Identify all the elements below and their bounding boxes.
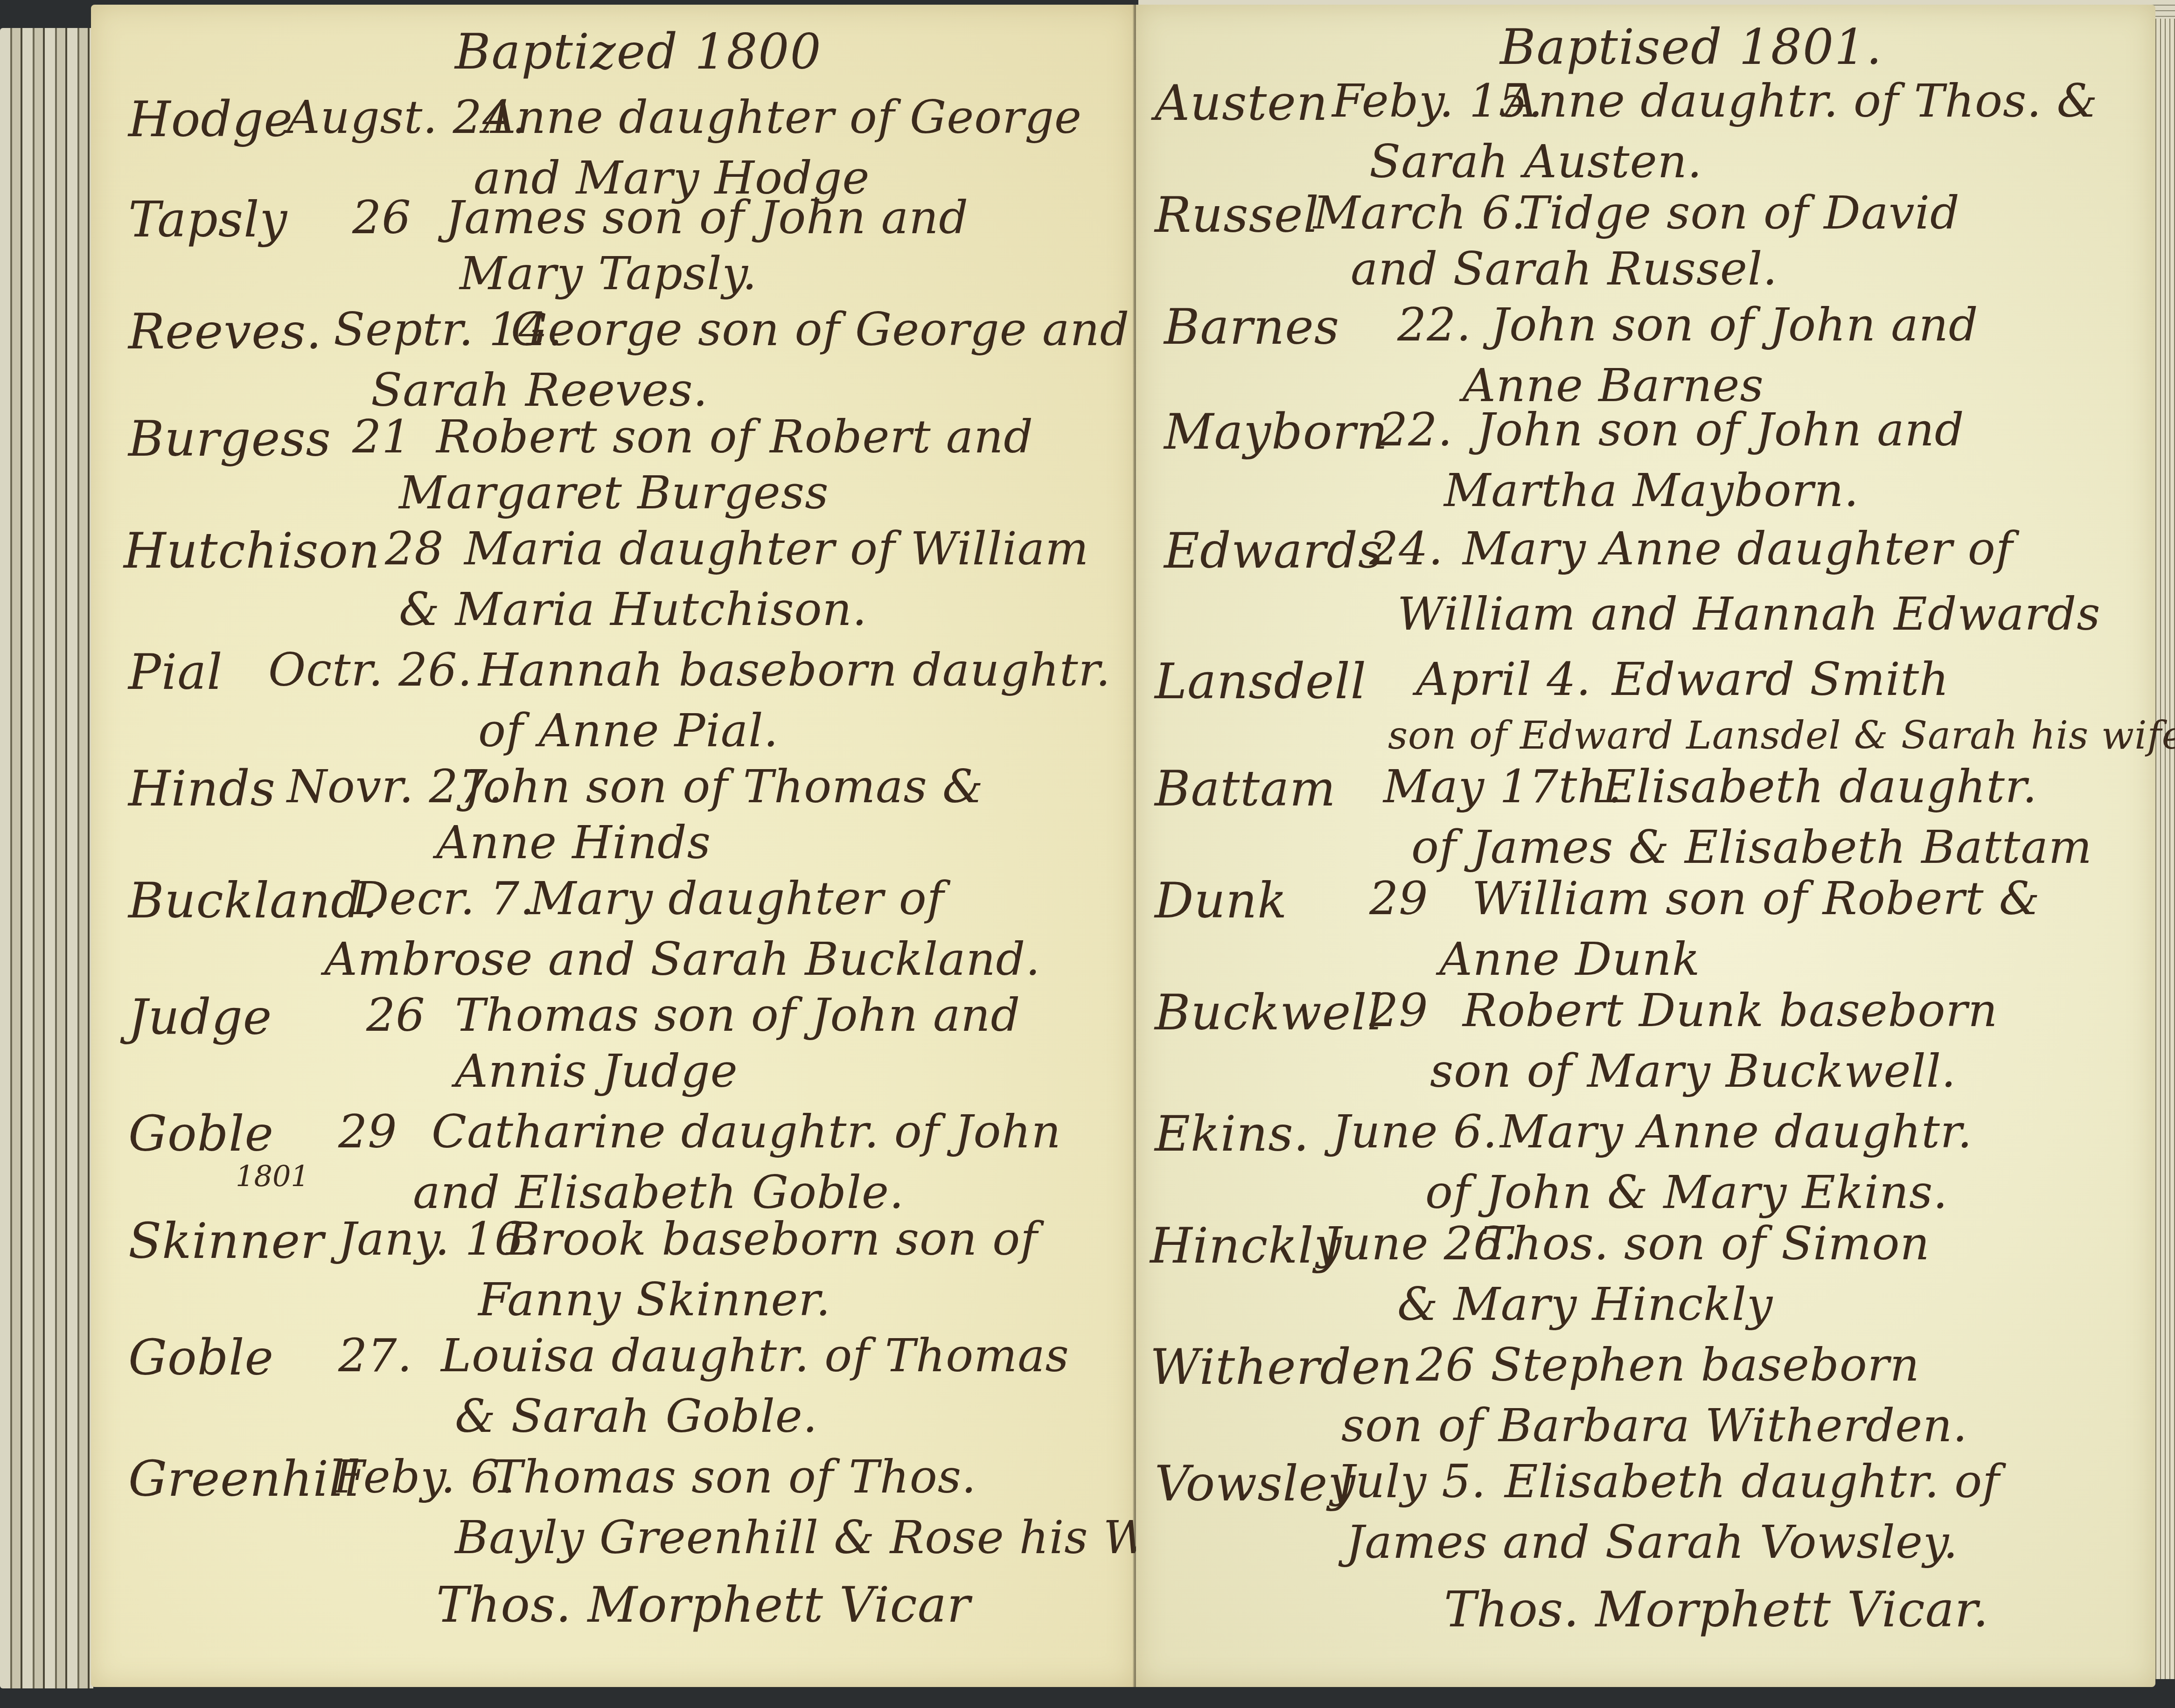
entry-date: 24. xyxy=(1369,522,1443,576)
entry-text: Maria daughter of William xyxy=(464,522,1089,576)
entry-text: & Sarah Goble. xyxy=(455,1390,818,1443)
entry-text: Stephen baseborn xyxy=(1491,1339,1920,1392)
entry-text: Thomas son of Thos. xyxy=(492,1451,976,1504)
entry-surname: Lansdell xyxy=(1155,653,1366,710)
entry-text: Sarah Austen. xyxy=(1369,135,1702,188)
year-margin-note: 1801 xyxy=(236,1159,309,1193)
entry-text: Tidge son of David xyxy=(1519,187,1960,240)
entry-date: 29 xyxy=(1369,872,1429,925)
entry-text: Sarah Reeves. xyxy=(371,364,708,417)
entry-text: Hannah baseborn daughtr. xyxy=(478,644,1111,697)
entry-text: son of Edward Lansdel & Sarah his wife xyxy=(1388,714,2175,758)
entry-surname: Burgess xyxy=(128,410,331,467)
entry-date: 29 xyxy=(1369,984,1429,1037)
entry-text: Elisabeth daughtr. xyxy=(1603,760,2037,813)
entry-surname: Goble xyxy=(128,1105,274,1162)
entry-text: Thomas son of John and xyxy=(455,989,1020,1042)
entry-date: 22. xyxy=(1379,403,1453,457)
left-page-edges xyxy=(0,28,93,1688)
entry-text: and Elisabeth Goble. xyxy=(413,1166,904,1219)
entry-text: Anne daughtr. of Thos. & xyxy=(1505,75,2098,128)
entry-surname: Witherden xyxy=(1150,1339,1412,1396)
entry-text: Fanny Skinner. xyxy=(478,1273,831,1326)
entry-text: James son of John and xyxy=(446,191,969,244)
entry-surname: Edwards xyxy=(1164,522,1383,579)
entry-date: 29 xyxy=(338,1105,397,1159)
entry-surname: Judge xyxy=(128,989,272,1046)
entry-text: Anne Dunk xyxy=(1439,933,1700,986)
entry-text: Margaret Burgess xyxy=(399,466,829,520)
entry-surname: Reeves. xyxy=(128,303,322,360)
entry-text: of Anne Pial. xyxy=(478,704,779,757)
entry-text: William and Hannah Edwards xyxy=(1397,588,2101,641)
entry-date: June 6. xyxy=(1332,1105,1498,1159)
right-page: Baptised 1801. Austen Feby. 15. Anne dau… xyxy=(1136,5,2155,1687)
entry-surname: Tapsly xyxy=(128,191,287,248)
entry-surname: Hutchison xyxy=(124,522,380,579)
entry-surname: Hinds xyxy=(128,760,276,817)
entry-date: March 6. xyxy=(1313,187,1526,240)
entry-text: Thos. son of Simon xyxy=(1481,1217,1930,1271)
entry-surname: Buckland. xyxy=(128,872,378,929)
entry-date: 26 xyxy=(366,989,425,1042)
entry-text: Annis Judge xyxy=(455,1045,738,1098)
entry-surname: Dunk xyxy=(1155,872,1287,929)
entry-surname: Goble xyxy=(128,1329,274,1386)
entry-date: 28 xyxy=(385,522,444,576)
entry-date: 21 xyxy=(352,410,411,464)
vicar-signature: Thos. Morphett Vicar. xyxy=(1444,1581,1989,1638)
vicar-signature: Thos. Morphett Vicar xyxy=(436,1576,971,1633)
entry-surname: Barnes xyxy=(1164,299,1339,355)
entry-text: Louisa daughtr. of Thomas xyxy=(441,1329,1069,1382)
entry-text: Catharine daughtr. of John xyxy=(432,1105,1061,1159)
entry-text: Robert son of Robert and xyxy=(436,410,1033,464)
entry-text: son of Mary Buckwell. xyxy=(1430,1045,1956,1098)
entry-text: and Sarah Russel. xyxy=(1351,243,1778,296)
entry-text: of John & Mary Ekins. xyxy=(1425,1166,1948,1219)
entry-text: Mary Anne daughtr. xyxy=(1500,1105,1973,1159)
entry-surname: Battam xyxy=(1155,760,1336,817)
entry-surname: Russel xyxy=(1155,187,1319,243)
left-page: Baptized 1800 Hodge Augst. 24. Anne daug… xyxy=(91,5,1136,1687)
entry-date: Feby. 6. xyxy=(334,1451,516,1504)
entry-date: May 17th. xyxy=(1383,760,1623,813)
entry-date: April 4. xyxy=(1416,653,1591,706)
entry-text: John son of John and xyxy=(1491,299,1979,352)
entry-text: Martha Mayborn. xyxy=(1444,464,1859,517)
entry-surname: Hodge xyxy=(128,91,293,148)
entry-text: Bayly Greenhill & Rose his Wife. xyxy=(455,1511,1225,1564)
entry-surname: Mayborn xyxy=(1164,403,1388,460)
entry-text: Robert Dunk baseborn xyxy=(1463,984,1998,1037)
entry-text: Mary Anne daughter of xyxy=(1463,522,2013,576)
entry-surname: Pial xyxy=(128,644,223,701)
entry-date: 22. xyxy=(1397,299,1471,352)
entry-text: of James & Elisabeth Battam xyxy=(1411,821,2092,874)
entry-text: & Mary Hinckly xyxy=(1397,1278,1773,1331)
entry-date: Decr. 7. xyxy=(352,872,535,925)
entry-surname: Hinckly xyxy=(1150,1217,1342,1274)
entry-text: Mary daughter of xyxy=(530,872,944,925)
entry-surname: Skinner xyxy=(128,1213,324,1270)
open-register-book: Baptized 1800 Hodge Augst. 24. Anne daug… xyxy=(0,0,2175,1708)
entry-text: Anne daughter of George xyxy=(483,91,1082,144)
entry-text: Anne Hinds xyxy=(436,816,711,869)
entry-surname: Ekins. xyxy=(1155,1105,1310,1162)
entry-date: July 5. xyxy=(1337,1455,1486,1508)
entry-text: Elisabeth daughtr. of xyxy=(1505,1455,2000,1508)
entry-text: son of Barbara Witherden. xyxy=(1341,1399,1968,1452)
entry-surname: Vowsley xyxy=(1155,1455,1356,1512)
entry-surname: Austen xyxy=(1155,75,1328,132)
entry-text: Ambrose and Sarah Buckland. xyxy=(324,933,1040,986)
entry-text: Brook baseborn son of xyxy=(506,1213,1038,1266)
entry-text: Edward Smith xyxy=(1612,653,1949,706)
page-heading: Baptised 1801. xyxy=(1500,19,1882,76)
page-heading: Baptized 1800 xyxy=(455,23,822,80)
entry-date: Octr. 26. xyxy=(268,644,473,697)
entry-date: 26 xyxy=(1416,1339,1475,1392)
entry-date: 27. xyxy=(338,1329,412,1382)
entry-surname: Buckwell xyxy=(1155,984,1383,1041)
entry-date: 26 xyxy=(352,191,411,244)
entry-text: William son of Robert & xyxy=(1472,872,2040,925)
entry-text: James and Sarah Vowsley. xyxy=(1346,1516,1958,1569)
entry-text: John son of John and xyxy=(1477,403,1965,457)
entry-text: & Maria Hutchison. xyxy=(399,583,867,636)
entry-text: Mary Tapsly. xyxy=(460,247,757,300)
entry-text: John son of Thomas & xyxy=(464,760,983,813)
entry-surname: Greenhill xyxy=(128,1451,361,1507)
entry-text: George son of George and xyxy=(511,303,1129,356)
